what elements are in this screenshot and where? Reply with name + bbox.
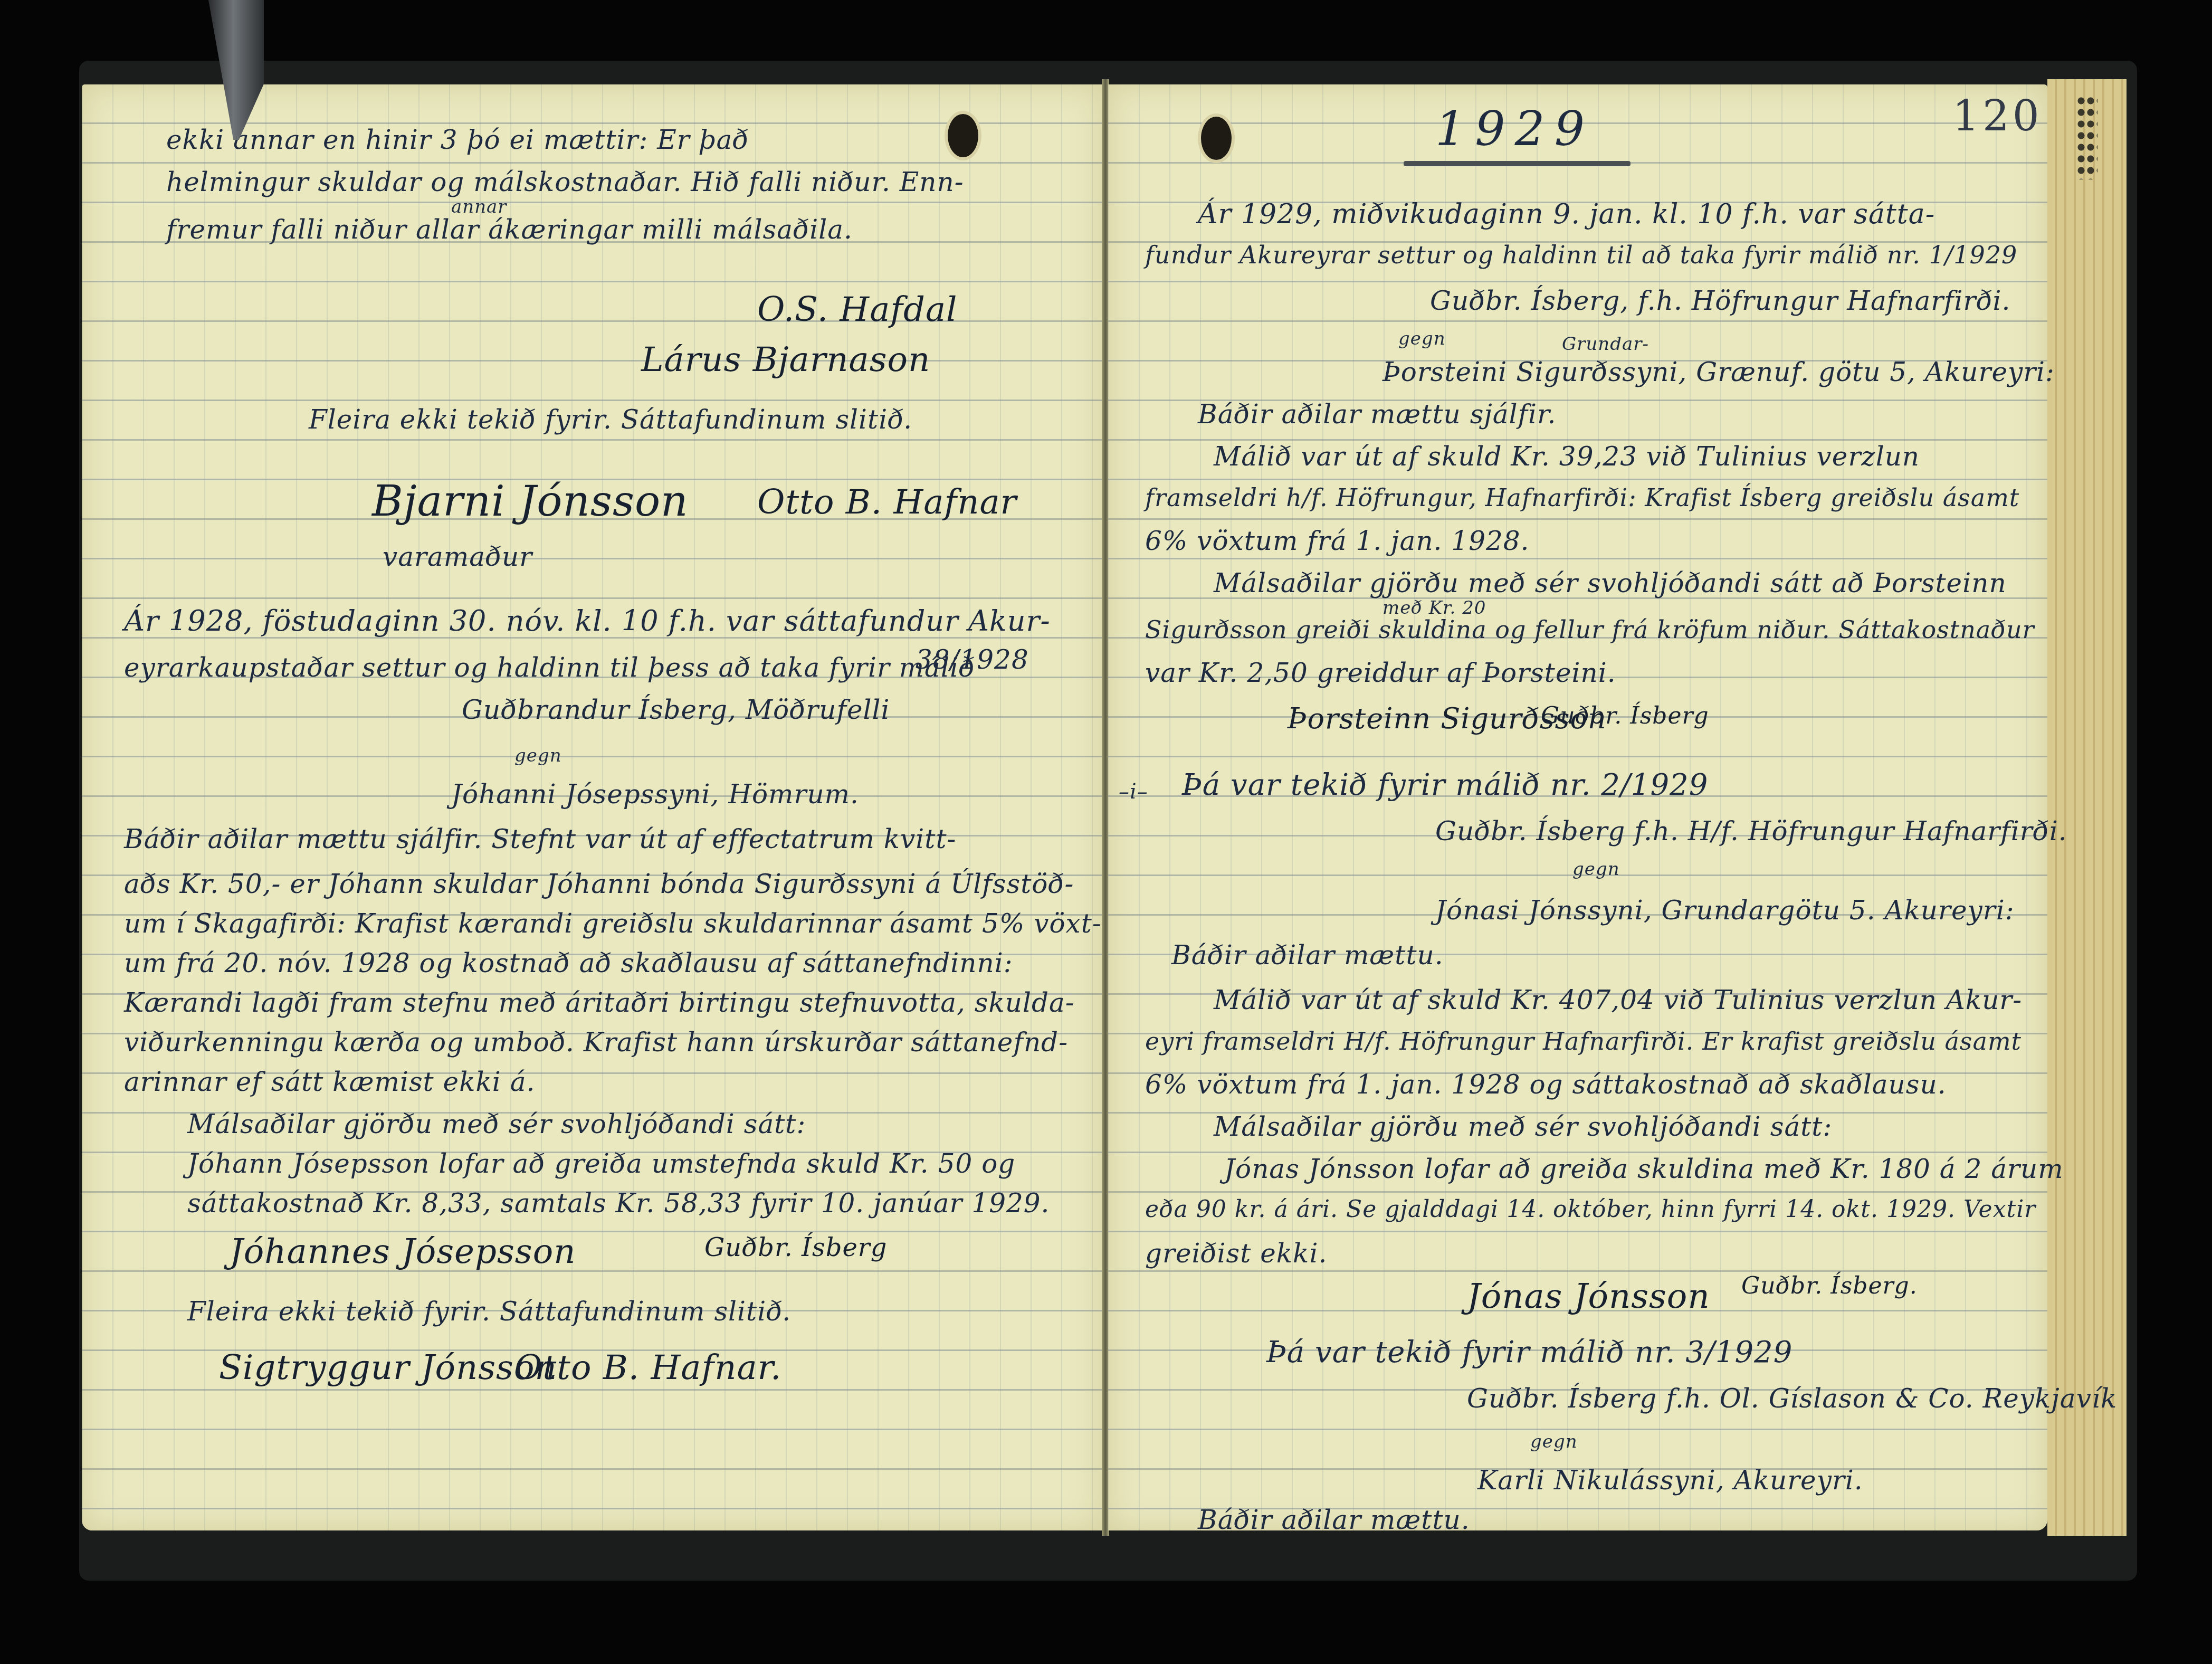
text-line: eða 90 kr. á ári. Se gjalddagi 14. októb… xyxy=(1145,1198,2036,1221)
text-line: Karli Nikulássyni, Akureyri. xyxy=(1477,1467,1863,1494)
ink-stain xyxy=(2076,95,2097,179)
text-line: Báðir aðilar mættu sjálfir. xyxy=(1198,401,1556,427)
signature: Otto B. Hafnar. xyxy=(514,1351,781,1385)
text-line: helmingur skuldar og málskostnaðar. Hið … xyxy=(166,169,964,195)
text-line: um frá 20. nóv. 1928 og kostnað að skaðl… xyxy=(124,950,1013,976)
year-heading: 1929 xyxy=(1435,106,1594,153)
text-line: Jónas Jónsson lofar að greiða skuldina m… xyxy=(1224,1156,2064,1182)
interlinear-insertion: með Kr. 20 xyxy=(1382,599,1486,617)
text-line: 6% vöxtum frá 1. jan. 1928. xyxy=(1145,528,1530,554)
text-line: sáttakostnað Kr. 8,33, samtals Kr. 58,33… xyxy=(187,1190,1050,1216)
heading-underline xyxy=(1404,161,1631,166)
text-line: Jóhanni Jósepssyni, Hömrum. xyxy=(451,781,859,807)
text-line: Kærandi lagði fram stefnu með áritaðri b… xyxy=(124,990,1075,1016)
signature: Jóhannes Jósepsson xyxy=(230,1235,576,1269)
text-line: framseldri h/f. Höfrungur, Hafnarfirði: … xyxy=(1145,486,2019,510)
signature: Lárus Bjarnason xyxy=(641,343,930,377)
text-line: fundur Akureyrar settur og haldinn til a… xyxy=(1145,243,2017,267)
text-line: eyrarkaupstaðar settur og haldinn til þe… xyxy=(124,654,975,681)
text-line: Þá var tekið fyrir málið nr. 3/1929 xyxy=(1266,1338,1793,1367)
signature: Sigtryggur Jónsson xyxy=(219,1351,557,1385)
text-line: arinnar ef sátt kæmist ekki á. xyxy=(124,1069,535,1095)
signature: Guðbr. Ísberg. xyxy=(1741,1275,1918,1298)
text-line: Málið var út af skuld Kr. 39,23 við Tuli… xyxy=(1214,443,1920,470)
text-line: Guðbr. Ísberg f.h. Ol. Gíslason & Co. Re… xyxy=(1467,1385,2117,1412)
text-line: Málið var út af skuld Kr. 407,04 við Tul… xyxy=(1214,987,2022,1013)
text-line: Guðbr. Ísberg, f.h. Höfrungur Hafnarfirð… xyxy=(1430,288,2011,314)
signature: Otto B. Hafnar xyxy=(757,486,1017,519)
text-line: um í Skagafirði: Krafist kærandi greiðsl… xyxy=(124,910,1102,937)
signature: Guðbr. Ísberg xyxy=(1541,705,1709,728)
text-line: Sigurðsson greiði skuldina og fellur frá… xyxy=(1145,617,2035,642)
text-line: Málsaðilar gjörðu með sér svohljóðandi s… xyxy=(1214,570,2007,596)
left-page: ekki annar en hinir 3 þó ei mættir: Er þ… xyxy=(82,84,1103,1530)
signature: Jónas Jónsson xyxy=(1467,1280,1710,1314)
text-line: viðurkenningu kærða og umboð. Krafist ha… xyxy=(124,1029,1068,1056)
right-page: 1929 120 Ár 1929, miðvikudaginn 9. jan. … xyxy=(1108,84,2047,1530)
margin-mark: –i– xyxy=(1119,781,1148,802)
text-line: ekki annar en hinir 3 þó ei mættir: Er þ… xyxy=(166,127,749,153)
text-line: Málsaðilar gjörðu með sér svohljóðandi s… xyxy=(1214,1114,1832,1140)
text-line: Málsaðilar gjörðu með sér svohljóðandi s… xyxy=(187,1111,806,1137)
text-line: fremur falli niður allar ákæringar milli… xyxy=(166,216,853,243)
text-line: Fleira ekki tekið fyrir. Sáttafundinum s… xyxy=(187,1298,791,1325)
text-line: varamaður xyxy=(383,544,532,570)
text-line: Jóhann Jósepsson lofar að greiða umstefn… xyxy=(187,1150,1015,1177)
right-page-edges xyxy=(2047,79,2127,1536)
text-line: eyri framseldri H/f. Höfrungur Hafnarfir… xyxy=(1145,1029,2022,1053)
text-line: Ár 1929, miðvikudaginn 9. jan. kl. 10 f.… xyxy=(1198,201,1935,228)
interlinear-insertion: annar xyxy=(451,198,507,216)
text-line: Þorsteini Sigurðssyni, Grænuf. götu 5, A… xyxy=(1382,359,2055,385)
text-line: gegn xyxy=(514,747,562,765)
signature: Bjarni Jónsson xyxy=(372,480,689,522)
text-line: Guðbr. Ísberg f.h. H/f. Höfrungur Hafnar… xyxy=(1435,818,2067,844)
text-line: Ár 1928, föstudaginn 30. nóv. kl. 10 f.h… xyxy=(124,607,1051,635)
text-line: gegn xyxy=(1572,860,1620,878)
text-line: Guðbrandur Ísberg, Möðrufelli xyxy=(462,697,890,723)
text-line: Báðir aðilar mættu sjálfir. Stefnt var ú… xyxy=(124,826,956,852)
text-line: 6% vöxtum frá 1. jan. 1928 og sáttakostn… xyxy=(1145,1071,1947,1098)
text-line: Jónasi Jónssyni, Grundargötu 5. Akureyri… xyxy=(1435,897,2015,924)
text-line: Báðir aðilar mættu. xyxy=(1198,1507,1470,1533)
text-line: greiðist ekki. xyxy=(1145,1240,1327,1267)
signature: O.S. Hafdal xyxy=(757,293,958,327)
binder-hole xyxy=(945,111,981,160)
interlinear-insertion: Grundar- xyxy=(1562,335,1649,353)
page-number: 120 xyxy=(1952,95,2043,137)
text-line: var Kr. 2,50 greiddur af Þorsteini. xyxy=(1145,660,1616,686)
text-line: Þá var tekið fyrir málið nr. 2/1929 xyxy=(1182,771,1708,800)
binder-hole xyxy=(1198,113,1235,163)
text-line: Báðir aðilar mættu. xyxy=(1171,942,1444,968)
case-number: 38/1928 xyxy=(916,646,1029,673)
text-line: aðs Kr. 50,- er Jóhann skuldar Jóhanni b… xyxy=(124,871,1074,897)
text-line: gegn xyxy=(1398,330,1446,348)
text-line: Fleira ekki tekið fyrir. Sáttafundinum s… xyxy=(309,406,912,433)
text-line: gegn xyxy=(1530,1433,1578,1451)
signature: Guðbr. Ísberg xyxy=(704,1235,887,1260)
